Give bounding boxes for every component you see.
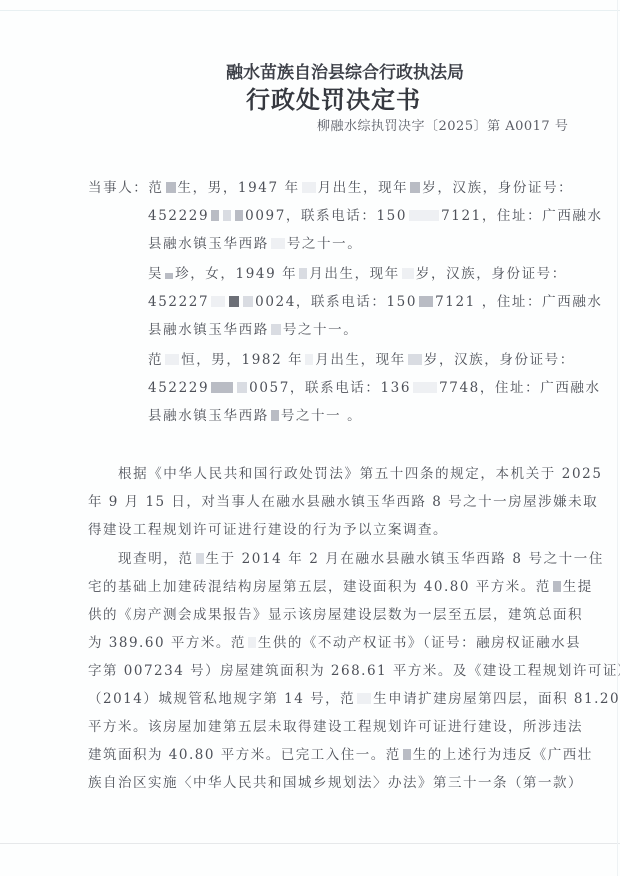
text-segment: 生申请扩建房屋第四层，面积 81.20 [373, 691, 620, 707]
body-paragraph-2-line-8: 建筑面积为 40.80 平方米。已完工入住一。范生的上述行为违反《广西壮 [88, 743, 593, 763]
redaction [165, 354, 179, 365]
party-2-info: 月出生，现年 [309, 266, 400, 282]
party-3-line-1: 范恒，男，1982 年月出生，现年岁，汉族，身份证号： [148, 348, 575, 368]
body-paragraph-2-line-4: 为 389.60 平方米。范生供的《不动产权证书》（证号：融房权证融水县 [88, 631, 581, 651]
party-1-line-1: 当事人：范生，男，1947 年月出生，现年岁，汉族，身份证号： [88, 176, 573, 196]
party-3-line-2: 4522290057，联系电话：1367748，住址：广西融水 [148, 376, 601, 396]
redaction [237, 382, 247, 393]
party-1-info: 岁，汉族，身份证号： [422, 180, 573, 196]
body-paragraph-2-line-5: 字第 007234 号）房屋建筑面积为 268.61 平方米。及《建设工程规划许… [88, 659, 620, 679]
party-3-surname: 范 [148, 352, 163, 368]
body-paragraph-1-line-2: 年 9 月 15 日，对当事人在融水县融水镇玉华西路 8 号之十一房屋涉嫌未取 [88, 490, 598, 510]
body-paragraph-1-line-3: 得建设工程规划许可证进行建设的行为予以立案调查。 [88, 518, 448, 538]
redaction [403, 749, 411, 760]
redaction [410, 182, 420, 193]
party-2-line-3: 县融水镇玉华西路号之十一。 [148, 318, 358, 338]
text-segment: 生提 [563, 579, 593, 595]
text-segment: 现查明，范 [118, 551, 194, 567]
scan-edge-right [617, 0, 618, 876]
redaction [402, 268, 414, 279]
redaction [211, 296, 225, 307]
redaction [166, 182, 176, 193]
party-1-address: 7121，住址：广西融水 [441, 208, 603, 224]
party-2-address: 号之十一。 [283, 322, 359, 338]
party-1-info: 生，男，1947 年 [178, 180, 300, 196]
party-2-address: 7121 ，住址：广西融水 [435, 294, 602, 310]
party-2-surname: 吴 [148, 266, 163, 282]
party-2-info: 岁，汉族，身份证号： [416, 266, 567, 282]
text-segment: 宅的基础上加建砖混结构房屋第五层，建设面积为 40.80 平方米。范 [88, 579, 551, 595]
redaction [271, 238, 285, 249]
party-1-id-prefix: 452229 [148, 208, 209, 224]
party-3-address: 县融水镇玉华西路 [148, 408, 269, 424]
body-paragraph-2-line-7: 平方米。该房屋加建第五层未取得建设工程规划许可证进行建设，所涉违法 [88, 715, 583, 735]
redaction [408, 354, 422, 365]
redaction [211, 210, 219, 221]
text-segment: 为 389.60 平方米。范 [88, 635, 246, 651]
party-1-surname: 范 [148, 180, 163, 196]
redaction [235, 210, 243, 221]
redaction [305, 354, 313, 365]
party-2-id-prefix: 452227 [148, 294, 209, 310]
document-title: 行政处罚决定书 [246, 80, 421, 115]
party-2-line-1: 吴珍，女，1949 年月出生，现年岁，汉族，身份证号： [148, 262, 567, 282]
redaction [299, 268, 307, 279]
party-1-line-2: 4522290097，联系电话：1507121，住址：广西融水 [148, 204, 603, 224]
redaction [248, 637, 256, 648]
redaction [243, 296, 253, 307]
redaction [419, 296, 433, 307]
party-3-info: 岁，汉族，身份证号： [424, 352, 575, 368]
text-segment: 生供的《不动产权证书》（证号：融房权证融水县 [258, 635, 581, 651]
party-1-line-3: 县融水镇玉华西路号之十一。 [148, 232, 362, 252]
scan-edge-bottom [0, 843, 620, 844]
body-paragraph-2-line-3: 供的《房产测会成果报告》显示该房屋建设层数为一层至五层，建筑总面积 [88, 603, 583, 623]
text-segment: 生的上述行为违反《广西壮 [413, 747, 593, 763]
party-3-line-3: 县融水镇玉华西路号之十一 。 [148, 404, 362, 424]
party-3-info: 恒，男，1982 年 [181, 352, 303, 368]
body-paragraph-2-line-2: 宅的基础上加建砖混结构房屋第五层，建设面积为 40.80 平方米。范生提 [88, 575, 593, 595]
document-number: 柳融水综执罚决字〔2025〕第 A0017 号 [317, 115, 568, 134]
party-1-info: 月出生，现年 [318, 180, 409, 196]
redaction [223, 210, 231, 221]
party-2-line-2: 4522270024，联系电话：1507121 ，住址：广西融水 [148, 290, 603, 310]
party-3-address: 号之十一 。 [281, 408, 362, 424]
party-3-id-prefix: 452229 [148, 380, 209, 396]
redaction [211, 382, 233, 393]
body-paragraph-1-line-1: 根据《中华人民共和国行政处罚法》第五十四条的规定，本机关于 2025 [118, 462, 603, 482]
party-1-address: 号之十一。 [287, 236, 363, 252]
redaction [357, 693, 371, 704]
body-paragraph-2-line-9: 族自治区实施〈中华人民共和国城乡规划法〉办法》第三十一条（第一款） [88, 771, 583, 791]
redaction [271, 324, 281, 335]
party-2-phone: 0024，联系电话：150 [255, 294, 417, 310]
party-1-address: 县融水镇玉华西路 [148, 236, 269, 252]
party-3-phone: 0057，联系电话：136 [249, 380, 411, 396]
redaction [165, 273, 173, 279]
party-2-address: 县融水镇玉华西路 [148, 322, 269, 338]
party-1-phone: 0097，联系电话：150 [245, 208, 407, 224]
redaction [271, 410, 279, 421]
redaction [302, 182, 316, 193]
party-3-info: 月出生，现年 [315, 352, 406, 368]
body-paragraph-2-line-1: 现查明，范生于 2014 年 2 月在融水县融水镇玉华西路 8 号之十一住 [118, 547, 604, 567]
scan-edge-top [0, 10, 620, 11]
party-3-address: 7748，住址：广西融水 [439, 380, 601, 396]
redaction [409, 210, 439, 221]
text-segment: 建筑面积为 40.80 平方米。已完工入住一。范 [88, 747, 401, 763]
redaction [413, 382, 437, 393]
party-2-info: 珍，女，1949 年 [175, 266, 297, 282]
redaction [229, 296, 239, 307]
redaction [553, 581, 561, 592]
text-segment: （2014）城规管私地规字第 14 号，范 [88, 691, 355, 707]
party-label: 当事人： [88, 180, 148, 196]
body-paragraph-2-line-6: （2014）城规管私地规字第 14 号，范生申请扩建房屋第四层，面积 81.20 [88, 687, 620, 707]
redaction [196, 553, 204, 564]
text-segment: 生于 2014 年 2 月在融水县融水镇玉华西路 8 号之十一住 [206, 551, 604, 567]
